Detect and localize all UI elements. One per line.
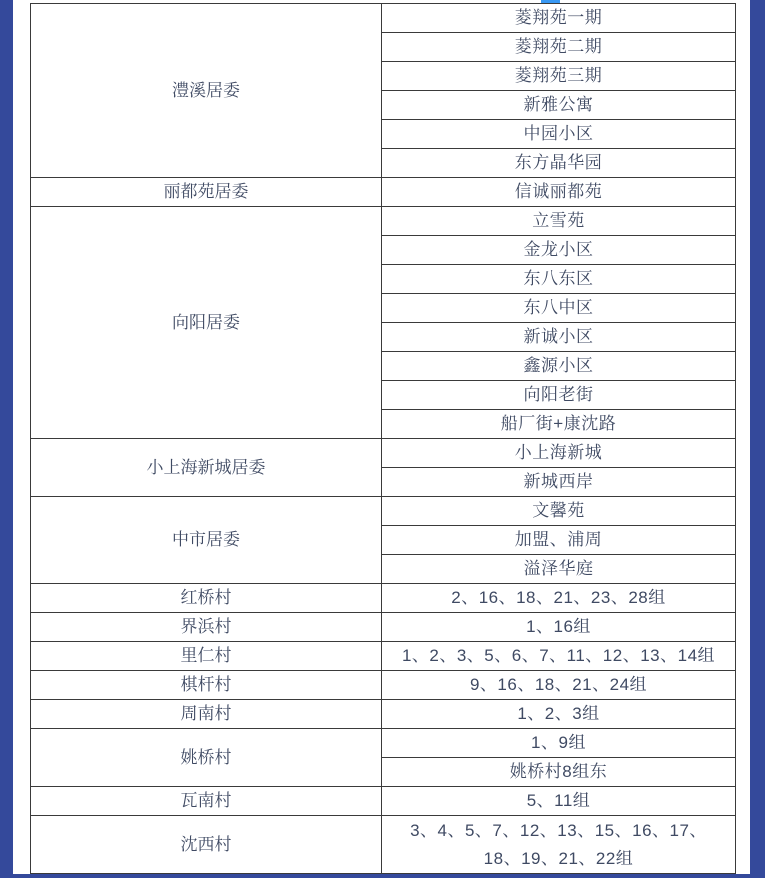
table-row: 棋杆村9、16、18、21、24组 bbox=[31, 671, 736, 700]
area-cell: 东八东区 bbox=[382, 265, 736, 294]
areas-table-body: 澧溪居委菱翔苑一期菱翔苑二期菱翔苑三期新雅公寓中园小区东方晶华园丽都苑居委信诚丽… bbox=[31, 4, 736, 874]
area-cell: 新雅公寓 bbox=[382, 91, 736, 120]
area-cell: 立雪苑 bbox=[382, 207, 736, 236]
area-cell: 5、11组 bbox=[382, 787, 736, 816]
table-row: 向阳居委立雪苑 bbox=[31, 207, 736, 236]
committee-cell: 棋杆村 bbox=[31, 671, 382, 700]
area-cell: 3、4、5、7、12、13、15、16、17、18、19、21、22组 bbox=[382, 816, 736, 874]
committee-cell: 沈西村 bbox=[31, 816, 382, 874]
area-cell: 新城西岸 bbox=[382, 468, 736, 497]
table-row: 里仁村1、2、3、5、6、7、11、12、13、14组 bbox=[31, 642, 736, 671]
table-row: 周南村1、2、3组 bbox=[31, 700, 736, 729]
area-cell: 加盟、浦周 bbox=[382, 526, 736, 555]
committee-cell: 姚桥村 bbox=[31, 729, 382, 787]
area-cell: 1、2、3、5、6、7、11、12、13、14组 bbox=[382, 642, 736, 671]
area-cell: 9、16、18、21、24组 bbox=[382, 671, 736, 700]
area-cell: 菱翔苑三期 bbox=[382, 62, 736, 91]
table-row: 沈西村3、4、5、7、12、13、15、16、17、18、19、21、22组 bbox=[31, 816, 736, 874]
committee-cell: 周南村 bbox=[31, 700, 382, 729]
areas-table: 澧溪居委菱翔苑一期菱翔苑二期菱翔苑三期新雅公寓中园小区东方晶华园丽都苑居委信诚丽… bbox=[30, 3, 736, 874]
table-row: 澧溪居委菱翔苑一期 bbox=[31, 4, 736, 33]
table-row: 界浜村1、16组 bbox=[31, 613, 736, 642]
area-cell: 船厂街+康沈路 bbox=[382, 410, 736, 439]
committee-cell: 小上海新城居委 bbox=[31, 439, 382, 497]
area-cell: 小上海新城 bbox=[382, 439, 736, 468]
area-cell: 鑫源小区 bbox=[382, 352, 736, 381]
table-row: 小上海新城居委小上海新城 bbox=[31, 439, 736, 468]
area-cell: 金龙小区 bbox=[382, 236, 736, 265]
area-cell: 菱翔苑一期 bbox=[382, 4, 736, 33]
table-row: 丽都苑居委信诚丽都苑 bbox=[31, 178, 736, 207]
table-row: 红桥村2、16、18、21、23、28组 bbox=[31, 584, 736, 613]
committee-cell: 向阳居委 bbox=[31, 207, 382, 439]
area-cell: 1、9组 bbox=[382, 729, 736, 758]
table-row: 姚桥村1、9组 bbox=[31, 729, 736, 758]
area-cell: 1、16组 bbox=[382, 613, 736, 642]
area-cell: 1、2、3组 bbox=[382, 700, 736, 729]
area-cell: 信诚丽都苑 bbox=[382, 178, 736, 207]
committee-cell: 界浜村 bbox=[31, 613, 382, 642]
committee-cell: 澧溪居委 bbox=[31, 4, 382, 178]
content-panel: 澧溪居委菱翔苑一期菱翔苑二期菱翔苑三期新雅公寓中园小区东方晶华园丽都苑居委信诚丽… bbox=[13, 0, 750, 874]
area-cell: 菱翔苑二期 bbox=[382, 33, 736, 62]
area-cell: 中园小区 bbox=[382, 120, 736, 149]
committee-cell: 中市居委 bbox=[31, 497, 382, 584]
area-cell: 溢泽华庭 bbox=[382, 555, 736, 584]
area-cell: 2、16、18、21、23、28组 bbox=[382, 584, 736, 613]
area-cell: 文馨苑 bbox=[382, 497, 736, 526]
committee-cell: 瓦南村 bbox=[31, 787, 382, 816]
area-cell: 东方晶华园 bbox=[382, 149, 736, 178]
area-cell: 向阳老街 bbox=[382, 381, 736, 410]
committee-cell: 红桥村 bbox=[31, 584, 382, 613]
committee-cell: 里仁村 bbox=[31, 642, 382, 671]
area-cell: 姚桥村8组东 bbox=[382, 758, 736, 787]
area-cell: 东八中区 bbox=[382, 294, 736, 323]
table-row: 瓦南村5、11组 bbox=[31, 787, 736, 816]
area-cell: 新诚小区 bbox=[382, 323, 736, 352]
table-row: 中市居委文馨苑 bbox=[31, 497, 736, 526]
committee-cell: 丽都苑居委 bbox=[31, 178, 382, 207]
